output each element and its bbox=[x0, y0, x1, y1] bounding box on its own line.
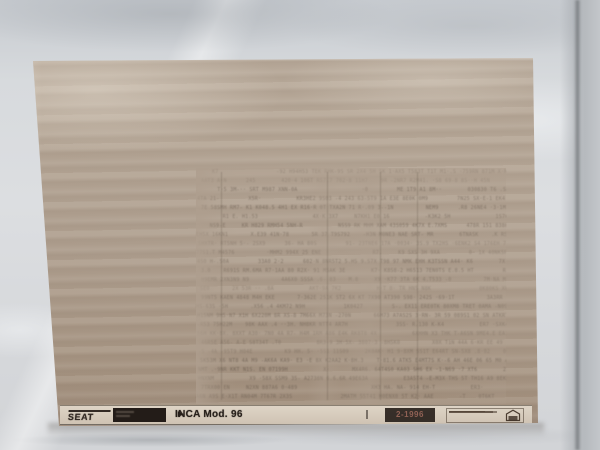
strip-tick bbox=[366, 410, 368, 419]
table-edge-crease bbox=[574, 0, 581, 450]
fiche-title-text: INCA Mod. 96 bbox=[175, 409, 243, 420]
microfiche-sheet: K7 -92 H94H53 TEK RHK-9S SR 2X4 5H SK 1·… bbox=[0, 0, 600, 450]
title-strip: SEAT INCA Mod. 96▶ 2-1996 bbox=[60, 405, 532, 425]
column-rule bbox=[380, 172, 381, 400]
date-code-box: 2-1996 bbox=[385, 408, 435, 422]
date-code: 2-1996 bbox=[396, 410, 424, 419]
table-edge-band bbox=[560, 0, 600, 450]
info-box bbox=[446, 408, 524, 423]
photo: K7 -92 H94H53 TEK RHK-9S SR 2X4 5H SK 1·… bbox=[0, 0, 600, 450]
column-rule bbox=[417, 172, 418, 400]
seat-logo: SEAT bbox=[67, 410, 110, 423]
info-text-lines bbox=[447, 409, 503, 422]
column-rule bbox=[221, 172, 222, 400]
catalog-code-box bbox=[113, 408, 166, 422]
column-rule bbox=[327, 172, 328, 400]
brand-text: SEAT bbox=[67, 412, 94, 422]
fiche-title: INCA Mod. 96▶ bbox=[175, 409, 184, 420]
microtext-fade-overlay bbox=[196, 168, 506, 404]
house-icon bbox=[505, 409, 521, 422]
